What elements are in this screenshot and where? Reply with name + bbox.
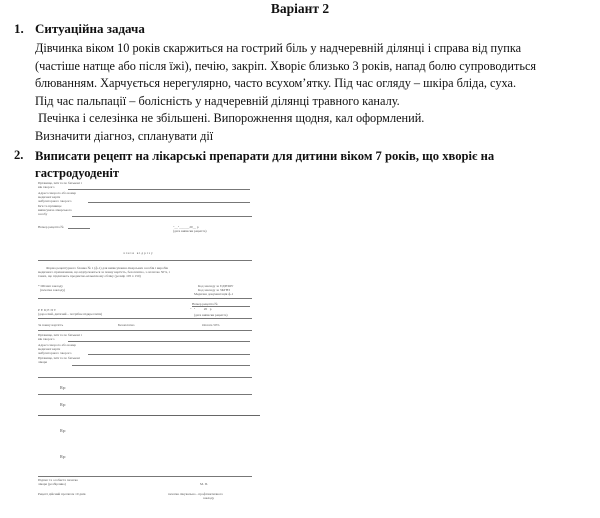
form-label: " " 20 р	[190, 307, 211, 311]
payment-free: Безоплатно	[118, 323, 134, 327]
form-label: амбулаторного хворого	[38, 351, 71, 355]
section-2-number: 2.	[14, 148, 23, 163]
section-2-heading-line: гастродуоденіт	[35, 165, 494, 182]
form-label: амбулаторного хворого	[38, 199, 71, 203]
seal-label: М. П.	[200, 482, 208, 486]
form-label: (печатка закладу)	[40, 288, 65, 292]
section-1-heading: Ситуаційна задача	[35, 21, 145, 37]
form-label: лікаря (розбірливо)	[38, 482, 66, 486]
form-label: печатка лікувально - профілактичного	[168, 492, 223, 496]
rp-label: Rp:	[60, 455, 66, 459]
form-line	[68, 228, 90, 229]
form-line	[38, 476, 252, 477]
section-2-heading-line: Виписати рецепт на лікарські препарати д…	[35, 148, 494, 165]
form-line	[38, 415, 260, 416]
form-label: лікаря	[38, 360, 47, 364]
section-1-body: Дівчинка віком 10 років скаржиться на го…	[35, 40, 595, 145]
form-label: Медична документація ф-1	[194, 292, 233, 296]
rp-label: Rp:	[60, 403, 66, 407]
payment-full: За повну вартість	[38, 323, 63, 327]
form-line	[68, 189, 250, 190]
form-label: вік хворого	[38, 185, 54, 189]
form-label: (дата виписки рецепта)	[194, 313, 228, 317]
form-label: вік хворого	[38, 337, 54, 341]
section-1-line: Печінка і селезінка не збільшені. Випоро…	[35, 110, 595, 128]
form-line	[68, 341, 250, 342]
form-note: таких, що підлягають предметно-кількісно…	[38, 274, 141, 278]
cut-line-label: лінія відрізу	[123, 251, 154, 255]
form-label: (дорослий, дитячий – потрібне підкреслит…	[38, 312, 102, 316]
section-1-line: блюванням. Харчується нерегулярно, часто…	[35, 75, 595, 93]
form-line	[38, 377, 252, 378]
form-label: закладу	[203, 496, 214, 500]
form-label: (дата виписки рецепта)	[173, 229, 207, 233]
section-1-line: (частіше натще або після їжі), печію, за…	[35, 58, 595, 76]
payment-half: Оплата 50%	[202, 323, 219, 327]
form-line	[38, 298, 252, 299]
page-title: Варіант 2	[0, 1, 600, 17]
section-1-line: Під час пальпації – болісність у надчере…	[35, 93, 595, 111]
section-1-number: 1.	[14, 21, 24, 37]
rp-label: Rp:	[60, 386, 66, 390]
section-1-line: Дівчинка віком 10 років скаржиться на го…	[35, 40, 595, 58]
section-2-heading: Виписати рецепт на лікарські препарати д…	[35, 148, 494, 182]
validity-note: Рецепт дійсний протягом 10 днів	[38, 492, 86, 496]
form-line	[88, 354, 250, 355]
form-line	[38, 318, 252, 319]
rp-label: Rp:	[60, 429, 66, 433]
form-line	[72, 365, 250, 366]
form-label: Номер рецепта №	[38, 225, 64, 229]
form-line	[38, 330, 252, 331]
section-1-line: Визначити діагноз, спланувати дії	[35, 128, 595, 146]
form-line	[72, 216, 252, 217]
form-line	[88, 202, 250, 203]
cut-line	[38, 260, 252, 261]
form-label: засобу	[38, 212, 47, 216]
prescription-form-image: Прізвище, ім'я та по батькові і вік хвор…	[38, 181, 260, 516]
form-line	[38, 394, 252, 395]
